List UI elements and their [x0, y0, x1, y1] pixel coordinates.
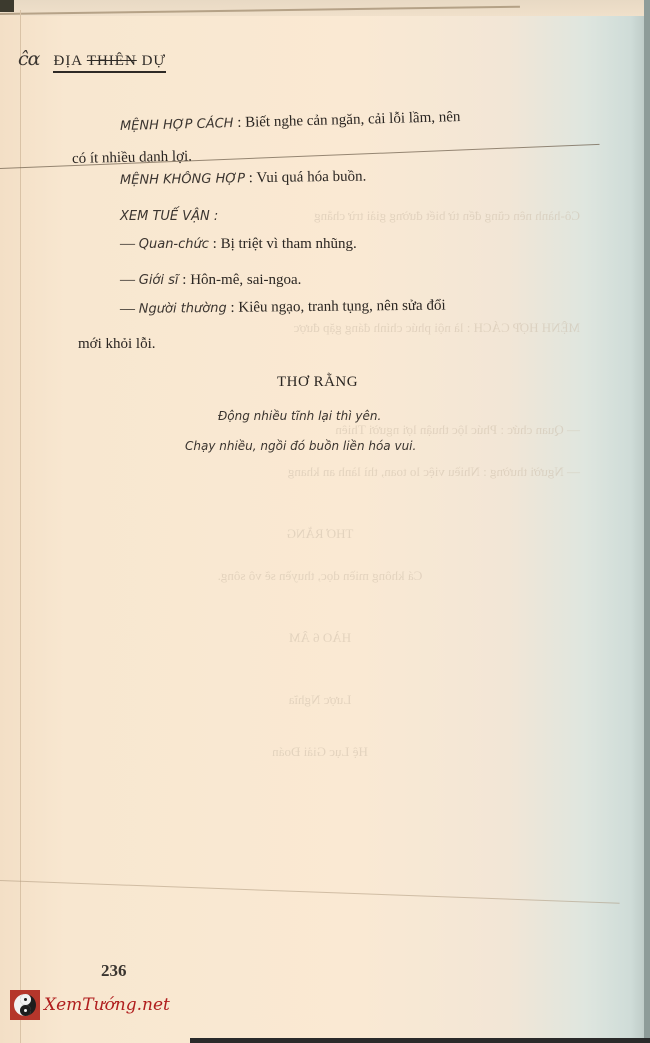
page-right-edge [644, 0, 650, 1043]
menh-khong-hop-text: : Vui quá hóa buồn. [249, 169, 367, 187]
poem-line: Chạy nhiều, ngồi đó buồn liền hóa vui. [185, 439, 416, 453]
menh-khong-hop-line: MỆNH KHÔNG HỢP : Vui quá hóa buồn. [120, 169, 367, 189]
tue-van-item: — Quan-chức : Bị triệt vì tham nhũng. [120, 236, 357, 253]
scanned-page: Cô-hành nên cũng đến từ biết đường giải … [0, 0, 650, 1043]
menh-hop-cach-label: MỆNH HỢP CÁCH [120, 116, 234, 134]
poem-line: Động nhiều tĩnh lại thì yên. [218, 409, 381, 423]
menh-hop-cach-line: MỆNH HỢP CÁCH : Biết nghe cản ngăn, cải … [120, 109, 461, 135]
tue-van-item: — Người thường : Kiêu ngạo, tranh tụng, … [120, 298, 446, 318]
xem-tue-van-heading: XEM TUẾ VẬN : [120, 209, 218, 224]
tue-van-item: — Giới sĩ : Hôn-mê, sai-ngoa. [120, 272, 301, 289]
page-bottom-edge [190, 1038, 650, 1043]
paper-fold-line-lower [0, 880, 620, 904]
menh-khong-hop-label: MỆNH KHÔNG HỢP [120, 171, 245, 188]
menh-hop-cach-continuation: có ít nhiều danh lợi. [72, 148, 192, 168]
spine-line [20, 10, 21, 1043]
menh-hop-cach-text: : Biết nghe cản ngăn, cải lỗi lầm, nên [237, 109, 461, 131]
watermark-text: XemTướng.net [44, 995, 170, 1015]
tue-van-item-continuation: mới khỏi lỗi. [78, 336, 156, 353]
struck-word: THIÊN [87, 53, 137, 69]
corner-shadow [0, 0, 14, 12]
page-number: 236 [101, 961, 127, 981]
yin-yang-icon [14, 994, 36, 1016]
running-header: ĉɑ ĐỊA THIÊN DỰ [18, 48, 166, 73]
watermark-logo [10, 990, 40, 1020]
handwritten-mark: ĉɑ [18, 48, 39, 70]
book-section-title: ĐỊA THIÊN DỰ [53, 53, 166, 73]
poem-title: THƠ RẰNG [277, 374, 358, 391]
site-watermark: XemTướng.net [10, 990, 170, 1020]
